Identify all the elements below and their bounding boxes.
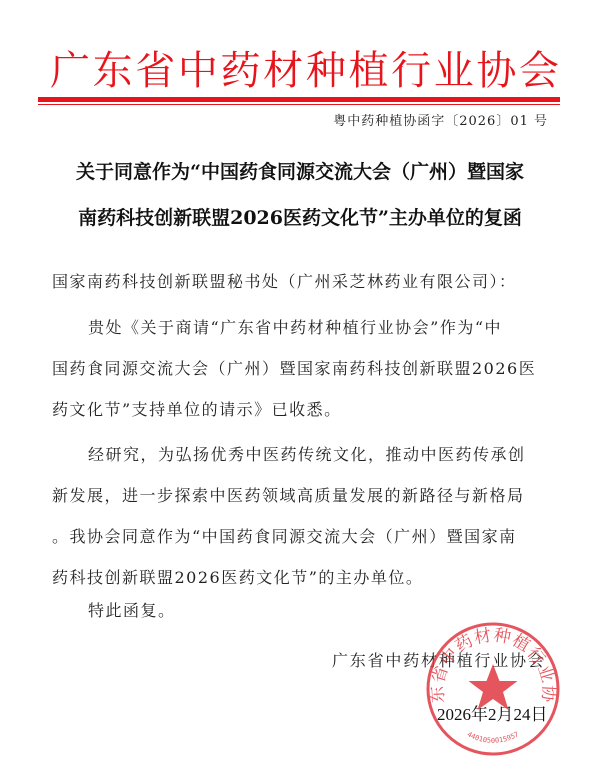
letterhead-rule-thick [38, 97, 560, 102]
paragraph-2: 经研究，为弘扬优秀中医药传统文化，推动中医药传承创 新发展，进一步探索中医药领域… [52, 436, 552, 600]
paragraph-line: 经研究，为弘扬优秀中医药传统文化，推动中医药传承创 [52, 436, 552, 477]
paragraph-line: 国药食同源交流大会（广州）暨国家南药科技创新联盟2026医 [52, 350, 552, 391]
paragraph-line: 新发展，进一步探索中医药领域高质量发展的新路径与新格局 [52, 477, 552, 518]
svg-text:4401050015957: 4401050015957 [466, 730, 520, 744]
document-number: 粤中药种植协函字〔2026〕01 号 [333, 110, 548, 129]
paragraph-line: 。我协会同意作为“中国药食同源交流大会（广州）暨国家南 [52, 518, 552, 559]
addressee: 国家南药科技创新联盟秘书处（广州采芝林药业有限公司）： [52, 263, 517, 300]
paragraph-line: 贵处《关于商请“广东省中药材种植行业协会”作为“中 [52, 309, 552, 350]
signature-organization: 广东省中药材种植行业协会 [332, 648, 546, 671]
signature-date: 2026年2月24日 [437, 700, 548, 725]
subject-line-2: 南药科技创新联盟2026医药文化节”主办单位的复函 [40, 203, 560, 230]
official-seal-icon: 广东省中药材种植行业协会 4401050015957 [424, 620, 562, 758]
paragraph-1: 贵处《关于商请“广东省中药材种植行业协会”作为“中 国药食同源交流大会（广州）暨… [52, 309, 552, 432]
letterhead-organization-title: 广东省中药材种植行业协会 [50, 44, 560, 98]
paragraph-line: 药文化节”支持单位的请示》已收悉。 [52, 391, 552, 432]
subject-line-1: 关于同意作为“中国药食同源交流大会（广州）暨国家 [40, 157, 560, 184]
seal-serial: 4401050015957 [466, 730, 520, 744]
letterhead-rule-thin [38, 104, 560, 105]
closing-remark: 特此函复。 [88, 592, 176, 629]
